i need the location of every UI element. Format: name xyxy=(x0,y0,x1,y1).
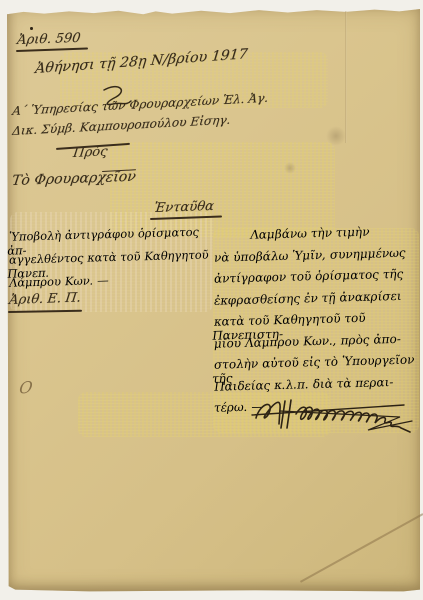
fold-crease-vertical xyxy=(345,11,347,143)
location-line: Ἐνταῦθα xyxy=(153,199,215,216)
reference-number: Ἀριθ. Ε. Π. xyxy=(8,291,82,308)
signature-flourish xyxy=(250,388,422,434)
subject-block: Ὑποβολὴ ἀντιγράφου ὁρίσματος ἀπ- αγγελθέ… xyxy=(9,227,217,296)
document-scan: Ἀριθ. 590 Ἀθήνησι τῇ 28ῃ Ν/βρίου 1917 Α΄… xyxy=(0,0,423,600)
stain-smudge xyxy=(326,126,346,146)
ink-speck xyxy=(30,27,33,30)
margin-circle-mark: O xyxy=(19,377,34,398)
protocol-number: Ἀριθ. 590 xyxy=(16,31,81,48)
stain-smudge xyxy=(284,162,296,174)
